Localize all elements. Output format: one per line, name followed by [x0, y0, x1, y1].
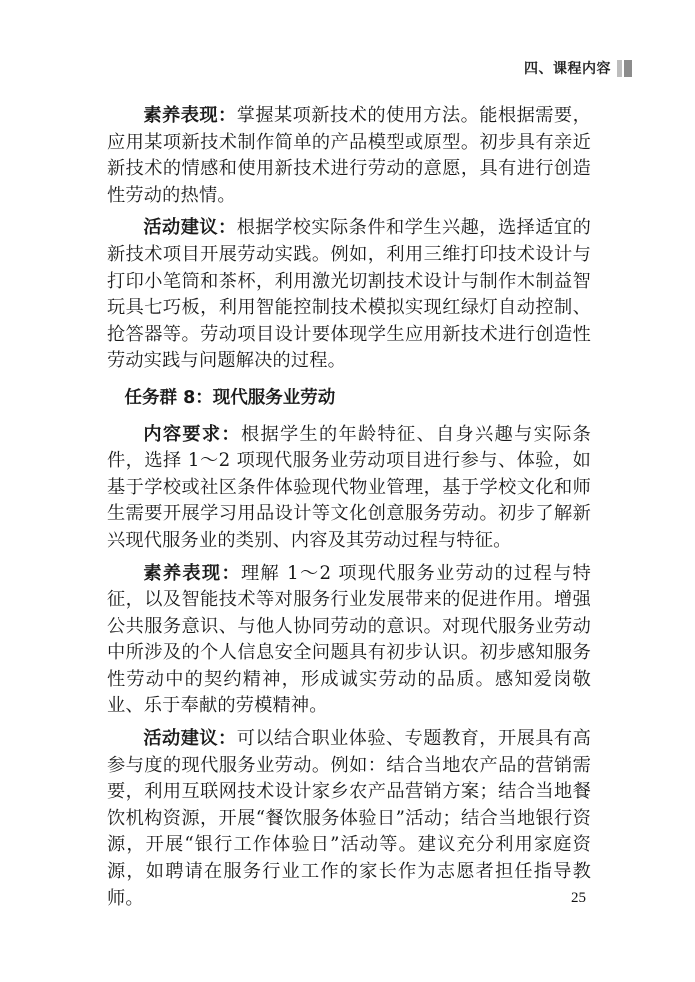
section-heading-task-group-8: 任务群 8：现代服务业劳动 [107, 385, 591, 412]
paragraph-text: 理解 1～2 项现代服务业劳动的过程与特征，以及智能技术等对服务行业发展带来的促… [107, 563, 591, 717]
paragraph-label: 素养表现： [143, 105, 236, 126]
paragraph-activity-suggestion-1: 活动建议：根据学校实际条件和学生兴趣，选择适宜的新技术项目开展劳动实践。例如，利… [107, 215, 591, 375]
paragraph-content-requirement: 内容要求：根据学生的年龄特征、自身兴趣与实际条件，选择 1～2 项现代服务业劳动… [107, 422, 591, 555]
paragraph-label: 内容要求： [143, 424, 241, 445]
chapter-title: 四、课程内容 [524, 58, 611, 78]
paragraph-label: 活动建议： [143, 217, 236, 238]
paragraph-label: 活动建议： [143, 728, 236, 749]
marker-bar-light [617, 60, 622, 77]
page-number: 25 [571, 890, 586, 907]
paragraph-text: 根据学校实际条件和学生兴趣，选择适宜的新技术项目开展劳动实践。例如，利用三维打印… [107, 217, 591, 371]
running-head: 四、课程内容 [524, 58, 632, 78]
paragraph-literacy-performance-2: 素养表现：理解 1～2 项现代服务业劳动的过程与特征，以及智能技术等对服务行业发… [107, 561, 591, 721]
chapter-marker-icon [617, 60, 632, 77]
paragraph-text: 可以结合职业体验、专题教育，开展具有高参与度的现代服务业劳动。例如：结合当地农产… [107, 728, 591, 909]
marker-bar-dark [624, 60, 632, 77]
paragraph-label: 素养表现： [143, 563, 241, 584]
paragraph-activity-suggestion-2: 活动建议：可以结合职业体验、专题教育，开展具有高参与度的现代服务业劳动。例如：结… [107, 726, 591, 912]
page-body: 素养表现：掌握某项新技术的使用方法。能根据需要，应用某项新技术制作简单的产品模型… [107, 103, 591, 912]
paragraph-literacy-performance-1: 素养表现：掌握某项新技术的使用方法。能根据需要，应用某项新技术制作简单的产品模型… [107, 103, 591, 209]
